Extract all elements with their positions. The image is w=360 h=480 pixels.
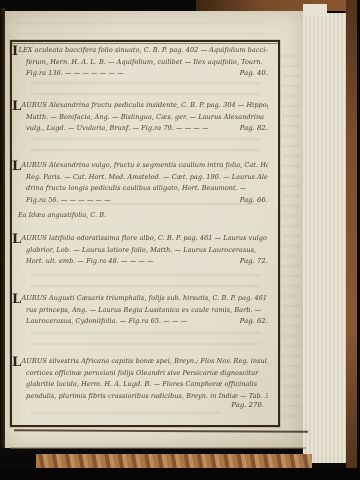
catalog-entry: LAURUS Alexandrina vulgo, fructu è segme… xyxy=(12,160,268,206)
entry-line: Laurocerasus, Cydoniifolia. — Fig.ra 65.… xyxy=(12,316,268,328)
page-bottom-shadow xyxy=(10,447,306,449)
catalog-entry: LAURUS Alexandrina fructu pediculis insi… xyxy=(12,100,268,135)
entry-text: AURUS Alexandrina fructu pediculis insid… xyxy=(22,101,268,109)
entry-text: Hort. ult. emb. — Fig.ra 48. — — — — xyxy=(26,257,154,265)
entry-text: AURUS latifolia odoratissima flore albo,… xyxy=(22,234,267,242)
entry-line: drina fructu longis pediculis caulibus a… xyxy=(12,183,268,195)
catalog-entry: LAURUS silvestris Africana capitis bonæ … xyxy=(12,356,268,402)
marginal-note: Ea Idæa angustifolia, C. B. xyxy=(18,211,106,219)
entry-initial: L xyxy=(12,233,21,245)
entry-line: glabrior, Lob. — Laurus latiore folio, M… xyxy=(12,245,268,257)
entry-line: Fig.ra 56. — — — — — —Pag. 66. xyxy=(12,195,268,207)
entry-line: Reg. Paris. — Cat. Hort. Med. Amstelod. … xyxy=(12,172,268,184)
entry-text: AURUS Alexandrina vulgo, fructu è segmen… xyxy=(22,161,268,169)
entry-line: LAURUS Augusti Cæsaris triumphalis, foli… xyxy=(12,293,268,305)
page-reference: Pag. 270. xyxy=(231,400,264,412)
background-bottom xyxy=(0,468,360,480)
catalog-entry: LAURUS Augusti Cæsaris triumphalis, foli… xyxy=(12,293,268,328)
manuscript-photo: ILEX aculeata baccifera folio sinuato, C… xyxy=(0,0,360,480)
entry-line: LAURUS latifolia odoratissima flore albo… xyxy=(12,233,268,245)
entry-line: Fig.ra 136. — — — — — — —Pag. 40. xyxy=(12,68,268,80)
catalog-entry: ILEX aculeata baccifera folio sinuato, C… xyxy=(12,45,268,80)
marbled-board-bottom-edge xyxy=(36,454,312,469)
page-reference: Pag. 40. xyxy=(240,68,268,80)
entry-line: LAURUS Alexandrina fructu pediculis insi… xyxy=(12,100,268,112)
entry-initial: I xyxy=(12,45,18,57)
entry-initial: L xyxy=(12,356,21,368)
entry-line: glabritie lucida, Herm. H. A. Lugd. B. —… xyxy=(12,379,268,391)
binding-gutter-shadow xyxy=(0,8,5,460)
entry-line: LAURUS Alexandrina vulgo, fructu è segme… xyxy=(12,160,268,172)
entry-initial: L xyxy=(12,160,21,172)
leather-board-right-edge xyxy=(346,0,357,469)
entry-text: vulg., Lugd. — Uvularia, Brunf. — Fig.ra… xyxy=(26,124,209,132)
entry-line: vulg., Lugd. — Uvularia, Brunf. — Fig.ra… xyxy=(12,123,268,135)
entry-text: AURUS Augusti Cæsaris triumphalis, folij… xyxy=(22,294,268,302)
entry-line: ILEX aculeata baccifera folio sinuato, C… xyxy=(12,45,268,57)
entry-initial: L xyxy=(12,100,21,112)
entry-text: AURUS silvestris Africana capitis bonæ s… xyxy=(22,357,268,365)
entry-text: Laurocerasus, Cydoniifolia. — Fig.ra 65.… xyxy=(26,317,187,325)
catalog-entry: LAURUS latifolia odoratissima flore albo… xyxy=(12,233,268,268)
page-reference: Pag. 62. xyxy=(240,316,268,328)
entry-line: Hort. ult. emb. — Fig.ra 48. — — — —Pag.… xyxy=(12,256,268,268)
entry-line: ferum, Hern. H. A. L. B. — Aquifolium, c… xyxy=(12,57,268,69)
page-reference: Pag. 72. xyxy=(240,256,268,268)
entry-line: cortices officinæ peruviani folijs Olean… xyxy=(12,368,268,380)
entry-text: Fig.ra 136. — — — — — — — xyxy=(26,69,124,77)
entry-line: rus princeps, Ang. — Laurus Regia Lusita… xyxy=(12,305,268,317)
entry-line: LAURUS silvestris Africana capitis bonæ … xyxy=(12,356,268,368)
fore-edge-page-stack xyxy=(303,13,346,463)
fore-edge-step xyxy=(303,4,327,16)
entry-initial: L xyxy=(12,293,21,305)
page-reference-line: Pag. 270. xyxy=(12,400,268,411)
entry-text: Fig.ra 56. — — — — — — xyxy=(26,196,111,204)
entry-line: Matth. — Bonifacia, Ang. — Bislingua, Cæ… xyxy=(12,112,268,124)
page-reference: Pag. 82. xyxy=(240,123,268,135)
page-reference: Pag. 66. xyxy=(240,195,268,207)
entry-text: LEX aculeata baccifera folio sinuato, C.… xyxy=(19,46,268,54)
